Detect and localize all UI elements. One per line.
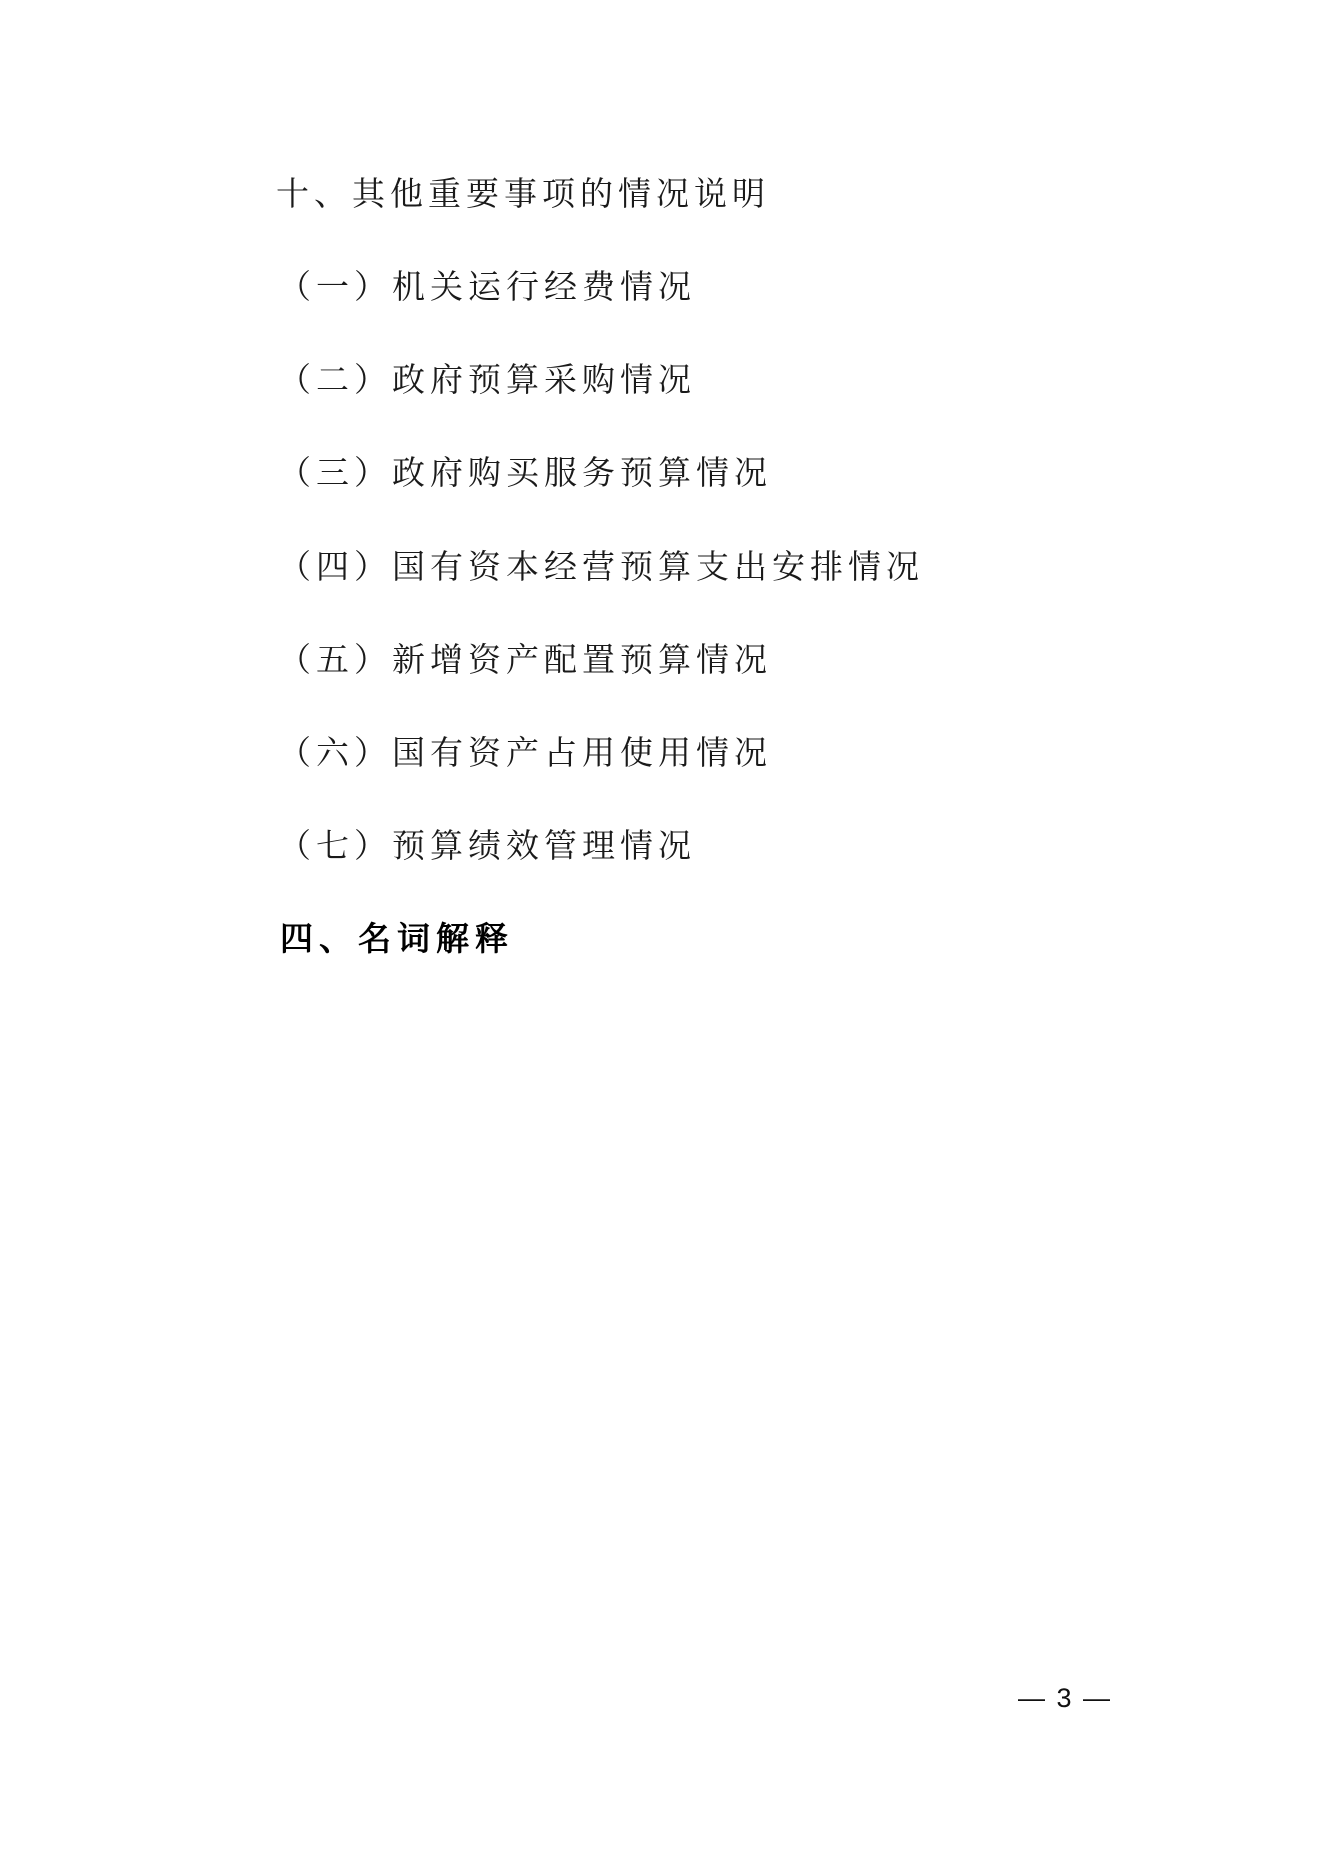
section-four-heading: 四、名词解释 (280, 922, 514, 955)
subsection-3: （三）政府购买服务预算情况 (278, 456, 772, 489)
subsection-4: （四）国有资本经营预算支出安排情况 (278, 550, 924, 583)
section-ten-heading: 十、其他重要事项的情况说明 (276, 177, 770, 210)
subsection-2: （二）政府预算采购情况 (278, 363, 696, 396)
subsection-1: （一）机关运行经费情况 (278, 270, 696, 303)
page-number: — 3 — (1018, 1683, 1112, 1714)
subsection-6: （六）国有资产占用使用情况 (278, 736, 772, 769)
subsection-5: （五）新增资产配置预算情况 (278, 643, 772, 676)
subsection-7: （七）预算绩效管理情况 (278, 829, 696, 862)
